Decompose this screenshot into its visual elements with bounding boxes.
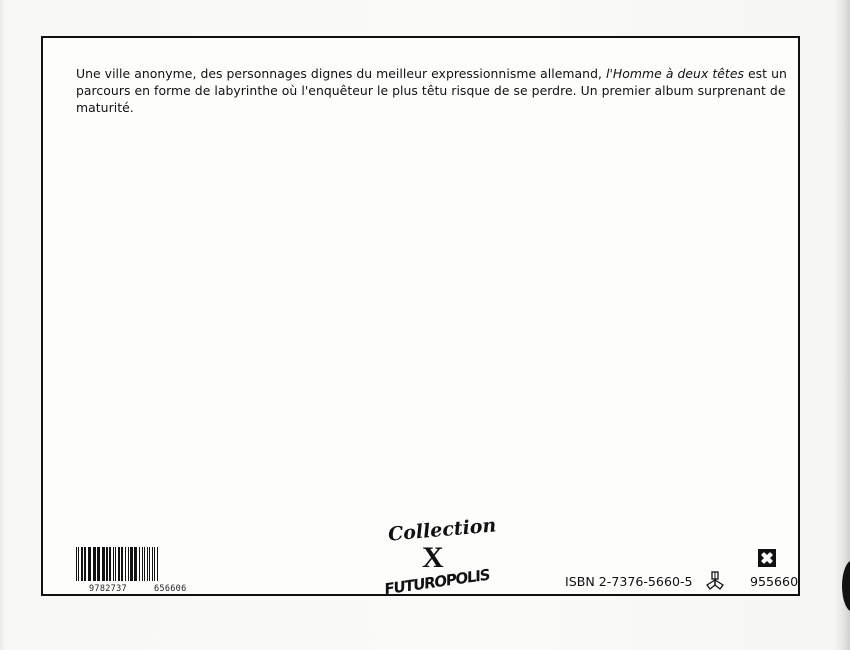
cover-frame xyxy=(41,36,800,596)
price-code: 955660 xyxy=(750,574,798,589)
barcode xyxy=(76,547,204,581)
white-cross-badge-icon xyxy=(758,549,776,567)
isbn-label: ISBN 2-7376-5660-5 xyxy=(565,574,693,589)
barcode-digits-right: 656606 xyxy=(154,584,187,594)
barcode-digits-left: 9782737 xyxy=(89,584,127,594)
blurb-part-1: Une ville anonyme, des personnages digne… xyxy=(76,66,606,81)
blurb-text: Une ville anonyme, des personnages digne… xyxy=(76,65,791,116)
book-title-italic: l'Homme à deux têtes xyxy=(606,66,744,81)
spine-mark xyxy=(842,560,850,612)
collection-x-logo: Collection X Futuropolis xyxy=(380,515,510,605)
collection-letter: X xyxy=(422,541,444,575)
book-stack-price-icon xyxy=(704,571,726,591)
book-spine-edge xyxy=(836,0,850,650)
